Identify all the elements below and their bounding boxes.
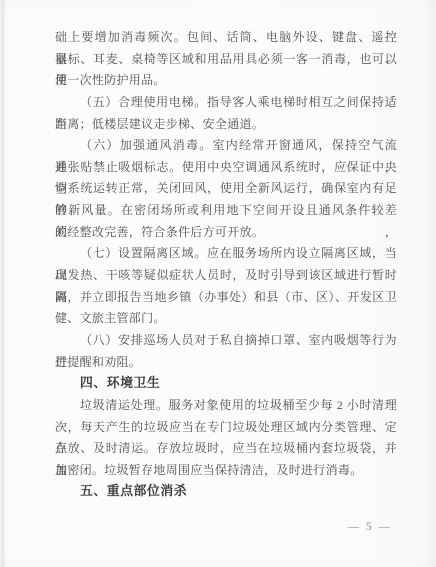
scanned-document-page: 础上要增加消毒频次。包间、话筒、电脑外设、键盘、遥控器、 鼠标、耳麦、桌椅等区域… bbox=[0, 0, 436, 567]
document-text-block: 础上要增加消毒频次。包间、话筒、电脑外设、键盘、遥控器、 鼠标、耳麦、桌椅等区域… bbox=[55, 27, 397, 503]
text-line: 盖密闭。垃圾暂存地周围应当保持清洁，及时进行消毒。 bbox=[55, 460, 397, 482]
section-heading-environment-hygiene: 四、环境卫生 bbox=[55, 373, 397, 395]
text-line: 离，并立即报告当地乡镇（办事处）和县（市、区）、开发区卫 bbox=[55, 287, 397, 309]
text-line: （七）设置隔离区域。应在服务场所内设立隔离区域，当出 bbox=[55, 243, 397, 265]
text-line: 并张贴禁止吸烟标志。使用中央空调通风系统时，应保证中央空 bbox=[55, 157, 397, 179]
text-line: 鼠标、耳麦、桌椅等区域和用品用具必须一客一消毒，也可以使 bbox=[55, 49, 397, 71]
text-line: （五）合理使用电梯。指导客人乘电梯时相互之间保持适当 bbox=[55, 92, 397, 114]
text-line: 础上要增加消毒频次。包间、话筒、电脑外设、键盘、遥控器、 bbox=[55, 27, 397, 49]
text-line: 的新风量。在密闭场所或利用地下空间开设且通风条件较差的， bbox=[55, 200, 397, 222]
text-line: 用一次性防护用品。 bbox=[55, 70, 397, 92]
text-line: 存放、及时清运。存放垃圾时，应当在垃圾桶内套垃圾袋，并加 bbox=[55, 438, 397, 460]
page-number: — 5 — bbox=[0, 521, 392, 533]
section-heading-key-area-disinfection: 五、重点部位消杀 bbox=[55, 481, 397, 503]
text-line: 现发热、干咳等疑似症状人员时，及时引导到该区域进行暂时隔 bbox=[55, 265, 397, 287]
text-line: 行提醒和劝阻。 bbox=[55, 352, 397, 374]
text-line: （六）加强通风消毒。室内经常开窗通风，保持空气流通， bbox=[55, 135, 397, 157]
text-line: 次，每天产生的垃圾应当在专门垃圾处理区域内分类管理、定点 bbox=[55, 417, 397, 439]
text-line: （八）安排巡场人员对于私自摘掉口罩、室内吸烟等行为进 bbox=[55, 330, 397, 352]
text-line: 调系统运转正常，关闭回风，使用全新风运行，确保室内有足够 bbox=[55, 178, 397, 200]
text-line: 距离；低楼层建议走步梯、安全通道。 bbox=[55, 114, 397, 136]
text-line: 垃圾清运处理。服务对象使用的垃圾桶至少每 2 小时清理一 bbox=[55, 395, 397, 417]
text-line: 健、文旅主管部门。 bbox=[55, 308, 397, 330]
